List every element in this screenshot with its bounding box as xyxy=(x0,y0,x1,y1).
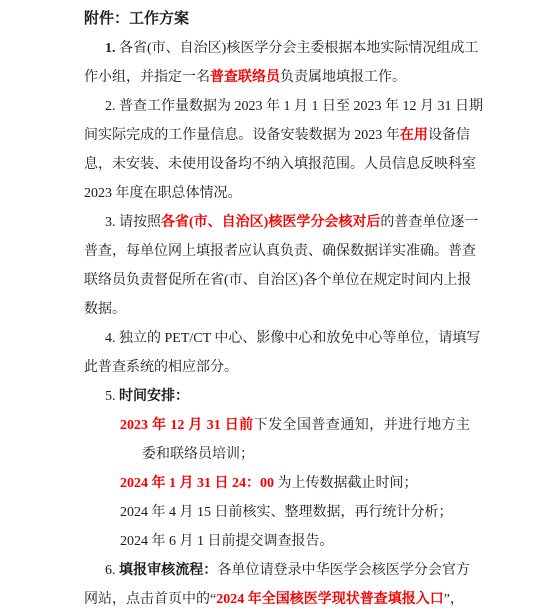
para2-line2: 间实际完成的工作量信息。设备安装数据为 2023 年在用设备信 xyxy=(84,121,470,150)
text-run: 2023 年 12 月 31 日前 xyxy=(120,418,254,433)
text-run: 普查联络员 xyxy=(210,70,280,85)
text-run: 此普查系统的相应部分。 xyxy=(84,360,238,375)
text-run: 联络员负责督促所在省(市、自治区)各个单位在规定时间内上报 xyxy=(84,273,471,288)
text-run: 5. xyxy=(105,389,119,404)
text-run: 2024 年 4 月 15 日前核实、整理数据，再行统计分析； xyxy=(120,505,453,520)
document-page: 附件：工作方案1. 各省(市、自治区)核医学分会主委根据本地实际情况组成工作小组… xyxy=(0,0,554,614)
text-run: 作小组，并指定一名 xyxy=(84,70,210,85)
text-run: 时间安排： xyxy=(119,389,189,404)
text-run: 设备信 xyxy=(428,128,470,143)
timeline-item3: 2024 年 4 月 15 日前核实、整理数据，再行统计分析； xyxy=(84,498,470,527)
text-run: 下发全国普查通知，并进行地方主 xyxy=(254,418,470,433)
text-run: 3. 请按照 xyxy=(105,215,161,230)
text-run: 6. xyxy=(105,563,119,578)
text-run: 填报审核流程： xyxy=(119,563,217,578)
para3-line1: 3. 请按照各省(市、自治区)核医学分会核对后的普查单位逐一 xyxy=(84,208,470,237)
timeline-item4: 2024 年 6 月 1 日前提交调查报告。 xyxy=(84,527,470,556)
para5-line1: 5. 时间安排： xyxy=(84,382,470,411)
text-run: 各单位请登录中华医学会核医学分会官方 xyxy=(217,563,470,578)
text-run: 1. xyxy=(105,41,116,56)
text-run: 数据。 xyxy=(84,302,126,317)
document-title: 附件：工作方案 xyxy=(84,5,470,34)
text-run: 2024 年全国核医学现状普查填报入口 xyxy=(216,592,444,607)
para2-line1: 2. 普查工作量数据为 2023 年 1 月 1 日至 2023 年 12 月 … xyxy=(84,92,470,121)
para3-line3: 联络员负责督促所在省(市、自治区)各个单位在规定时间内上报 xyxy=(84,266,470,295)
text-run: 网站，点击首页中的“ xyxy=(84,592,216,607)
para4-line2: 此普查系统的相应部分。 xyxy=(84,353,470,382)
timeline-item1-line2: 委和联络员培训； xyxy=(84,440,470,469)
para6-line1: 6. 填报审核流程：各单位请登录中华医学会核医学分会官方 xyxy=(84,556,470,585)
para1-line1: 1. 各省(市、自治区)核医学分会主委根据本地实际情况组成工 xyxy=(84,34,470,63)
text-run: 各省(市、自治区)核医学分会核对后 xyxy=(161,215,380,230)
text-run: 的普查单位逐一 xyxy=(380,215,478,230)
text-run: 2024 年 1 月 31 日 24：00 xyxy=(120,476,274,491)
text-run: 为上传数据截止时间； xyxy=(274,476,418,491)
timeline-item2: 2024 年 1 月 31 日 24：00 为上传数据截止时间； xyxy=(84,469,470,498)
para4-line1: 4. 独立的 PET/CT 中心、影像中心和放免中心等单位，请填写 xyxy=(84,324,470,353)
text-run: ”， xyxy=(444,592,464,607)
text-run: 普查，每单位网上填报者应认真负责、确保数据详实准确。普查 xyxy=(84,244,476,259)
text-run: 息，未安装、未使用设备均不纳入填报范围。人员信息反映科室 xyxy=(84,157,476,172)
para3-line4: 数据。 xyxy=(84,295,470,324)
para2-line4: 2023 年度在职总体情况。 xyxy=(84,179,470,208)
text-run: 委和联络员培训； xyxy=(142,447,254,462)
text-run: 在用 xyxy=(400,128,428,143)
text-run: 2024 年 6 月 1 日前提交调查报告。 xyxy=(120,534,334,549)
para6-line2: 网站，点击首页中的“2024 年全国核医学现状普查填报入口”， xyxy=(84,585,470,614)
text-run: 各省(市、自治区)核医学分会主委根据本地实际情况组成工 xyxy=(116,41,479,56)
para1-line2: 作小组，并指定一名普查联络员负责属地填报工作。 xyxy=(84,63,470,92)
text-run: 间实际完成的工作量信息。设备安装数据为 2023 年 xyxy=(84,128,400,143)
text-run: 负责属地填报工作。 xyxy=(280,70,406,85)
para2-line3: 息，未安装、未使用设备均不纳入填报范围。人员信息反映科室 xyxy=(84,150,470,179)
text-run: 4. 独立的 PET/CT 中心、影像中心和放免中心等单位，请填写 xyxy=(105,331,480,346)
text-run: 2. 普查工作量数据为 2023 年 1 月 1 日至 2023 年 12 月 … xyxy=(105,99,483,114)
text-run: 附件：工作方案 xyxy=(84,11,189,27)
para3-line2: 普查，每单位网上填报者应认真负责、确保数据详实准确。普查 xyxy=(84,237,470,266)
timeline-item1-line1: 2023 年 12 月 31 日前下发全国普查通知，并进行地方主 xyxy=(84,411,470,440)
text-run: 2023 年度在职总体情况。 xyxy=(84,186,242,201)
